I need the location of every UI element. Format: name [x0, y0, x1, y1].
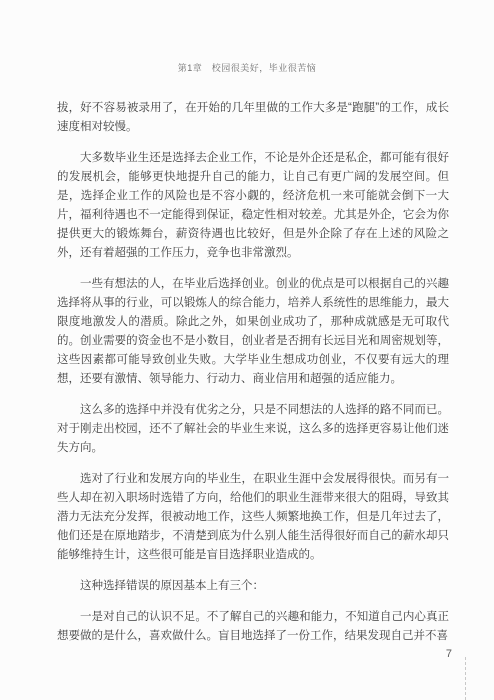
paragraph-7: 一是对自己的认识不足。不了解自己的兴趣和能力，不知道自己内心真正想要做的是什么，…: [57, 608, 449, 646]
paragraph-2: 大多数毕业生还是选择去企业工作，不论是外企还是私企，都可能有很好的发展机会，能够…: [57, 149, 449, 263]
chapter-running-header: 第1章 校园很美好，毕业很苦恼: [0, 61, 494, 74]
page-number: 7: [446, 648, 452, 660]
paragraph-4: 这么多的选择中并没有优劣之分，只是不同想法的人选择的路不同而已。对于刚走出校园，…: [57, 401, 449, 458]
page-body-text: 拔，好不容易被录用了，在开始的几年里做的工作大多是“跑腿”的工作，成长速度相对较…: [57, 99, 449, 646]
page-edge-scan-artifact: [465, 657, 466, 700]
book-page: 第1章 校园很美好，毕业很苦恼 拔，好不容易被录用了，在开始的几年里做的工作大多…: [0, 0, 494, 700]
paragraph-1: 拔，好不容易被录用了，在开始的几年里做的工作大多是“跑腿”的工作，成长速度相对较…: [57, 99, 449, 137]
paragraph-6: 这种选择错误的原因基本上有三个：: [57, 577, 449, 596]
paragraph-3: 一些有想法的人，在毕业后选择创业。创业的优点是可以根据自己的兴趣选择将从事的行业…: [57, 275, 449, 389]
paragraph-5: 选对了行业和发展方向的毕业生，在职业生涯中会发展得很快。而另有一些人却在初入职场…: [57, 470, 449, 565]
